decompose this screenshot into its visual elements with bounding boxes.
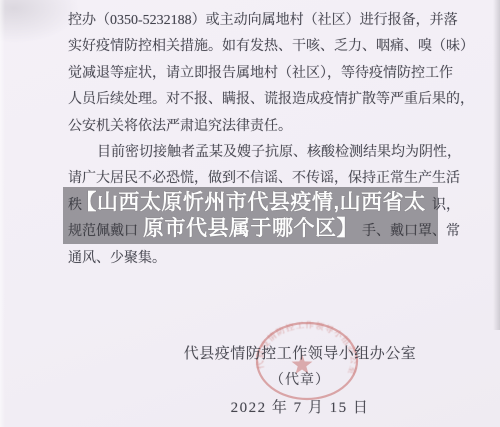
text-line: 觉减退等症状，请立即报告属地村（社区），等待疫情防控工作: [68, 61, 460, 87]
caption-title-line1: 【山西太原忻州市代县疫情,山西省太: [75, 190, 425, 216]
signature-seal-note: （代章）: [100, 369, 500, 389]
photo-smudge: [0, 0, 85, 46]
signature-office: 代县疫情防控工作领导小组办公室: [100, 342, 500, 363]
document-page: 代县疫情防控工作领导小组办公室 控办（0350-5232188）或主动向属地村（…: [0, 0, 500, 427]
caption-overlay: 【山西太原忻州市代县疫情,山西省太 原市代县属于哪个区】: [63, 187, 438, 244]
text-line: 人员后续处理。对不报、瞒报、谎报造成疫情扩散等严重后果的，: [68, 87, 460, 113]
text-line: 控办（0350-5232188）或主动向属地村（社区）进行报备，并落: [68, 8, 460, 34]
text-line: 公安机关将依法严肃追究法律责任。: [68, 114, 460, 140]
text-line: 实好疫情防控相关措施。如有发热、干咳、乏力、咽痛、嗅（味）: [68, 34, 460, 60]
text-line: 通风、少聚集。: [68, 246, 460, 272]
photo-edge-highlight: [0, 0, 5, 427]
signature-date: 2022 年 7 月 15 日: [100, 396, 500, 417]
photo-edge-shadow: [493, 0, 500, 330]
text-line: 目前密切接触者孟某及嫂子抗原、核酸检测结果均为阴性，: [68, 140, 460, 166]
caption-title-line2: 原市代县属于哪个区】: [143, 216, 358, 242]
